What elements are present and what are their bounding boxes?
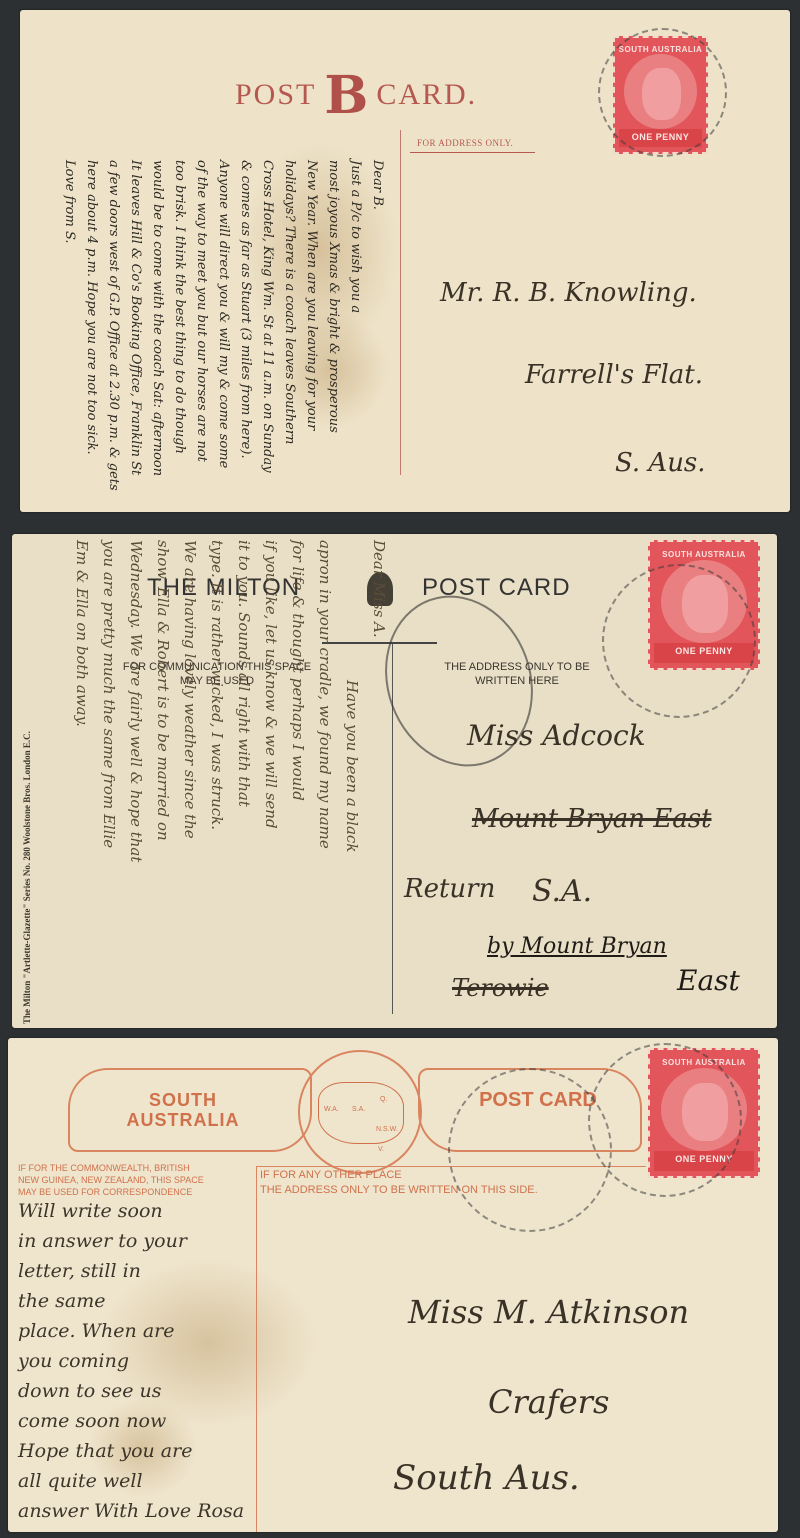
heading-post: POST: [235, 78, 316, 112]
postmark-crystal-brook: [602, 564, 756, 718]
address-label: FOR ADDRESS ONLY.: [417, 138, 513, 148]
redirect-east: East: [677, 964, 740, 997]
address-state: South Aus.: [393, 1458, 580, 1498]
postcard-1: POST B CARD. FOR ADDRESS ONLY. SOUTH AUS…: [20, 10, 790, 512]
address-name: Miss Adcock: [467, 719, 646, 752]
publisher-imprint: The Milton "Artlette-Glazette" Series No…: [22, 574, 32, 1024]
address-old-place: Mount Bryan East: [472, 804, 711, 834]
handwritten-message: Dear B. Just a P/c to wish you a most jo…: [28, 160, 388, 512]
handwritten-message: Dear Miss A. Have you been a black apron…: [42, 540, 392, 1020]
return-note: Return: [404, 874, 495, 904]
redirect-note: by Mount Bryan: [487, 934, 667, 959]
address-line-1: Mr. R. B. Knowling.: [440, 278, 697, 308]
postmark-circle: [598, 28, 727, 157]
address-old-town: Terowie: [452, 974, 549, 1002]
monogram-b: B: [324, 65, 368, 126]
australia-map: W.A. S.A. Q. N.S.W. V.: [298, 1050, 422, 1174]
correspondence-label: IF FOR THE COMMONWEALTH, BRITISH NEW GUI…: [18, 1162, 204, 1198]
heading-south-australia: SOUTH AUSTRALIA: [93, 1090, 273, 1130]
address-state: S.A.: [532, 874, 592, 909]
handwritten-message: Will write soon in answer to your letter…: [18, 1196, 244, 1526]
address-line-3: S. Aus.: [615, 448, 706, 478]
postcard-2: The Milton "Artlette-Glazette" Series No…: [12, 534, 777, 1028]
heading-card: CARD.: [376, 78, 477, 112]
address-name: Miss M. Atkinson: [408, 1293, 689, 1331]
card-heading: POST B CARD.: [235, 70, 477, 120]
address-line-2: Farrell's Flat.: [525, 360, 703, 390]
postmark-circle: [588, 1043, 742, 1197]
postcard-3: SOUTH AUSTRALIA W.A. S.A. Q. N.S.W. V. P…: [8, 1038, 778, 1532]
address-town: Crafers: [488, 1383, 609, 1421]
address-label-rule: [410, 152, 535, 153]
divider-line: [256, 1166, 257, 1532]
postmark-circle: [448, 1068, 612, 1232]
divider-line: [400, 130, 401, 475]
